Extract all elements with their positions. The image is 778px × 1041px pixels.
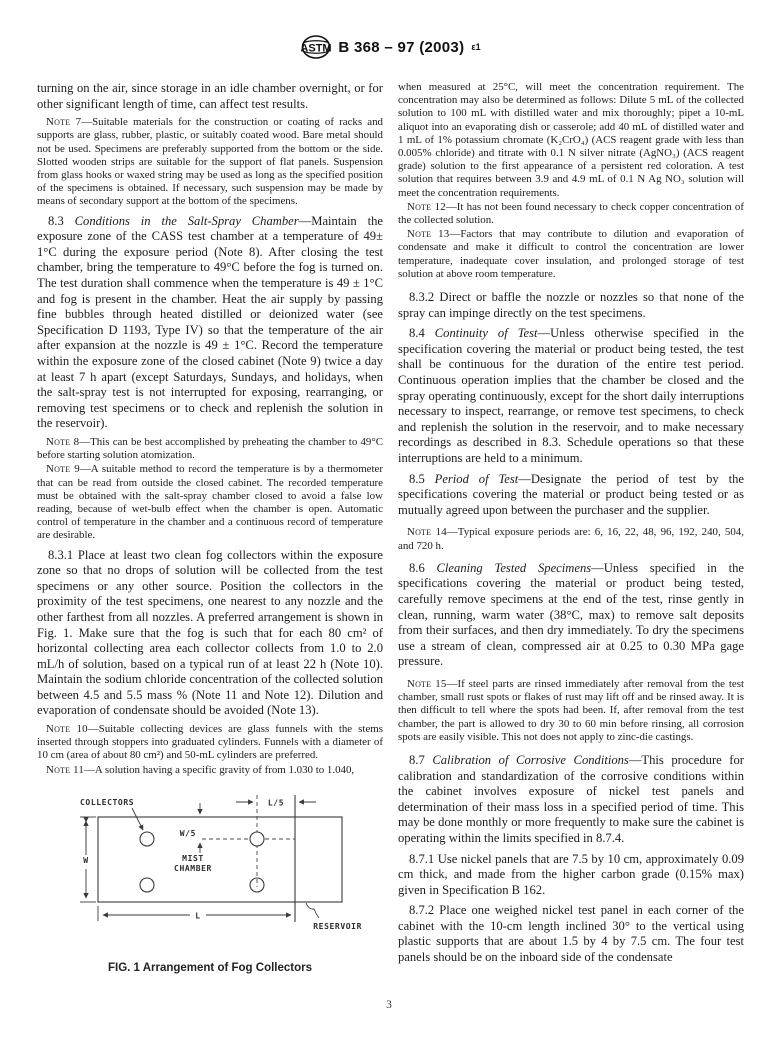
note-14: Note 14—Typical exposure periods are: 6,… xyxy=(398,526,744,552)
note-12: Note 12—It has not been found necessary … xyxy=(398,201,744,227)
note-text: —If steel parts are rinsed immediately a… xyxy=(398,678,744,743)
note-11-continuation: when measured at 25°C, will meet the con… xyxy=(398,81,744,200)
section-number: 8.7 xyxy=(409,753,425,767)
collector-circle xyxy=(140,878,154,892)
section-body: Place one weighed nickel test panel in e… xyxy=(398,903,744,964)
reservoir-leader xyxy=(306,903,319,918)
note-text: when measured at 25°C, will meet the con… xyxy=(398,81,744,199)
note-10: Note 10—Suitable collecting devices are … xyxy=(37,723,383,763)
section-number: 8.3.2 xyxy=(409,290,434,304)
note-label: Note 7 xyxy=(46,116,81,128)
section-body: Use nickel panels that are 7.5 by 10 cm,… xyxy=(398,852,744,897)
section-8-6: 8.6 Cleaning Tested Specimens—Unless spe… xyxy=(398,561,744,670)
section-number: 8.5 xyxy=(409,472,425,486)
section-title: Continuity of Test xyxy=(435,326,538,340)
note-9: Note 9—A suitable method to record the t… xyxy=(37,463,383,542)
section-number: 8.4 xyxy=(409,326,425,340)
l-dimension-label: L xyxy=(195,911,200,920)
section-number: 8.3 xyxy=(48,214,64,228)
collector-circle xyxy=(140,832,154,846)
w-dimension-label: W xyxy=(83,856,88,865)
left-column: turning on the air, since storage in an … xyxy=(37,76,383,974)
note-15: Note 15—If steel parts are rinsed immedi… xyxy=(398,678,744,744)
note-13: Note 13—Factors that may contribute to d… xyxy=(398,228,744,281)
note-label: Note 8 xyxy=(46,436,79,448)
note-label: Note 9 xyxy=(46,463,80,475)
note-text: —A solution having a specific gravity of… xyxy=(84,764,354,776)
note-8: Note 8—This can be best accomplished by … xyxy=(37,436,383,462)
section-8-7-2: 8.7.2 Place one weighed nickel test pane… xyxy=(398,903,744,965)
two-column-body: turning on the air, since storage in an … xyxy=(37,76,745,974)
section-body: Place at least two clean fog collectors … xyxy=(37,548,383,718)
collectors-leader-arrow xyxy=(132,808,143,830)
mist-chamber-outline xyxy=(98,817,342,902)
note-label: Note 15 xyxy=(407,678,447,690)
paragraph-text: turning on the air, since storage in an … xyxy=(37,81,383,111)
fog-collectors-diagram: COLLECTORS L/5 W/5 W xyxy=(50,787,370,955)
astm-logo-icon: ASTM xyxy=(301,34,331,60)
section-8-4: 8.4 Continuity of Test—Unless otherwise … xyxy=(398,326,744,466)
section-body: Direct or baffle the nozzle or nozzles s… xyxy=(398,290,744,320)
section-8-7: 8.7 Calibration of Corrosive Conditions—… xyxy=(398,753,744,847)
note-text: —A suitable method to record the tempera… xyxy=(37,463,383,541)
section-number: 8.3.1 xyxy=(48,548,73,562)
note-text: —It has not been found necessary to chec… xyxy=(398,201,744,226)
mist-chamber-label-line1: MIST xyxy=(182,854,204,863)
note-label: Note 14 xyxy=(407,526,447,538)
section-title: Calibration of Corrosive Conditions xyxy=(432,753,629,767)
section-number: 8.6 xyxy=(409,561,425,575)
right-column: when measured at 25°C, will meet the con… xyxy=(398,76,744,974)
note-11: Note 11—A solution having a specific gra… xyxy=(37,764,383,777)
section-title: Period of Test xyxy=(435,472,519,486)
note-text: —Factors that may contribute to dilution… xyxy=(398,228,744,280)
figure-1: COLLECTORS L/5 W/5 W xyxy=(37,787,383,974)
section-body: —Unless otherwise specified in the speci… xyxy=(398,326,744,465)
collectors-label: COLLECTORS xyxy=(80,798,134,807)
mist-chamber-label-line2: CHAMBER xyxy=(174,864,212,873)
standard-designation-superscript: ε1 xyxy=(471,42,480,52)
note-text: —Suitable collecting devices are glass f… xyxy=(37,723,383,761)
figure-1-caption: FIG. 1 Arrangement of Fog Collectors xyxy=(37,962,383,974)
note-text: —This can be best accomplished by prehea… xyxy=(37,436,383,461)
section-number: 8.7.1 xyxy=(409,852,434,866)
section-8-3-1: 8.3.1 Place at least two clean fog colle… xyxy=(37,548,383,720)
w5-dimension-label: W/5 xyxy=(180,829,196,838)
note-label: Note 11 xyxy=(46,764,84,776)
section-8-3: 8.3 Conditions in the Salt-Spray Chamber… xyxy=(37,214,383,432)
note-text: —Typical exposure periods are: 6, 16, 22… xyxy=(398,526,744,551)
page-number: 3 xyxy=(0,999,778,1011)
note-label: Note 10 xyxy=(46,723,88,735)
section-number: 8.7.2 xyxy=(409,903,434,917)
collector-circle xyxy=(250,832,264,846)
reservoir-label: RESERVOIR xyxy=(313,922,362,931)
standard-designation: B 368 – 97 (2003) xyxy=(338,39,464,56)
note-7: Note 7—Suitable materials for the constr… xyxy=(37,116,383,208)
section-title: Conditions in the Salt-Spray Chamber xyxy=(75,214,299,228)
l5-dimension-label: L/5 xyxy=(268,798,284,807)
note-label: Note 12 xyxy=(407,201,446,213)
section-body: —Maintain the exposure zone of the CASS … xyxy=(37,214,383,431)
astm-logo-text: ASTM xyxy=(301,43,331,55)
section-8-5: 8.5 Period of Test—Designate the period … xyxy=(398,472,744,519)
section-body: —Unless specified in the specifications … xyxy=(398,561,744,669)
section-title: Cleaning Tested Specimens xyxy=(437,561,592,575)
document-page: ASTM B 368 – 97 (2003)ε1 turning on the … xyxy=(0,0,778,1041)
document-header: ASTM B 368 – 97 (2003)ε1 xyxy=(37,34,745,60)
paragraph-continuation: turning on the air, since storage in an … xyxy=(37,81,383,112)
note-label: Note 13 xyxy=(407,228,449,240)
section-8-7-1: 8.7.1 Use nickel panels that are 7.5 by … xyxy=(398,852,744,899)
note-text: —Suitable materials for the construction… xyxy=(37,116,383,207)
section-8-3-2: 8.3.2 Direct or baffle the nozzle or noz… xyxy=(398,290,744,321)
